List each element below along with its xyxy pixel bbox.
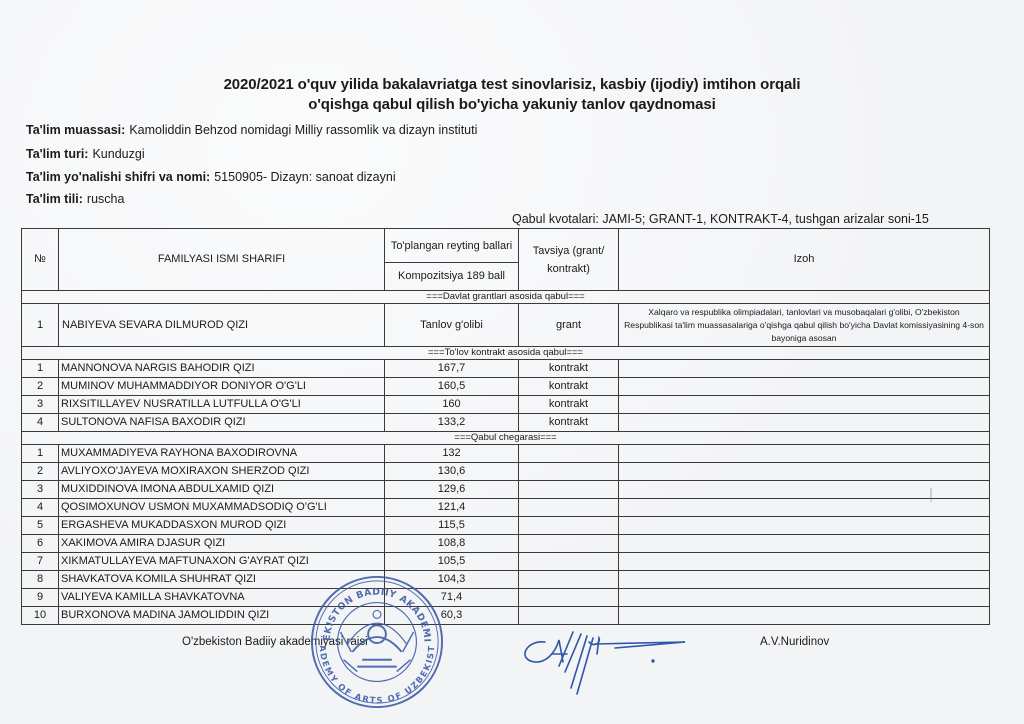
meta-institution: Ta'lim muassasi:Kamoliddin Behzod nomida… (26, 122, 477, 138)
cell-number: 6 (22, 535, 59, 553)
section-divider-row: ===Davlat grantlari asosida qabul=== (22, 291, 990, 304)
meta-label: Ta'lim muassasi: (26, 123, 125, 137)
header-score-subject: Kompozitsiya 189 ball (385, 263, 519, 291)
cell-score: 105,5 (385, 553, 519, 571)
header-no: № (22, 229, 59, 291)
table-row: 10BURXONOVA MADINA JAMOLIDDIN QIZI60,3 (22, 607, 990, 625)
meta-label: Ta'lim turi: (26, 147, 88, 161)
cell-recommendation (519, 553, 619, 571)
cell-full-name: MUXIDDINOVA IMONA ABDULXAMID QIZI (59, 481, 385, 499)
section-divider-row: ===Qabul chegarasi=== (22, 432, 990, 445)
meta-label: Ta'lim tili: (26, 192, 83, 206)
cell-recommendation: kontrakt (519, 414, 619, 432)
cell-recommendation (519, 517, 619, 535)
table-row: 8SHAVKATOVA KOMILA SHUHRAT QIZI104,3 (22, 571, 990, 589)
cell-recommendation (519, 589, 619, 607)
meta-language: Ta'lim tili:ruscha (26, 191, 124, 207)
cell-score: 104,3 (385, 571, 519, 589)
cell-score: 130,6 (385, 463, 519, 481)
cell-recommendation: kontrakt (519, 396, 619, 414)
cell-note (619, 360, 990, 378)
cell-full-name: RIXSITILLAYEV NUSRATILLA LUTFULLA O'G'LI (59, 396, 385, 414)
cell-score: 115,5 (385, 517, 519, 535)
cell-full-name: MANNONOVA NARGIS BAHODIR QIZI (59, 360, 385, 378)
meta-label: Ta'lim yo'nalishi shifri va nomi: (26, 170, 210, 184)
meta-value: Kunduzgi (92, 147, 144, 161)
cell-recommendation (519, 481, 619, 499)
cell-full-name: MUMINOV MUHAMMADDIYOR DONIYOR O'G'LI (59, 378, 385, 396)
cell-full-name: ERGASHEVA MUKADDASXON MUROD QIZI (59, 517, 385, 535)
meta-value: ruscha (87, 192, 125, 206)
document-title-line-2: o'qishga qabul qilish bo'yicha yakuniy t… (0, 95, 1024, 115)
table-row: 4QOSIMOXUNOV USMON MUXAMMADSODIQ O'G'LI1… (22, 499, 990, 517)
cell-note: Xalqaro va respublika olimpiadalari, tan… (619, 304, 990, 347)
cell-number: 4 (22, 499, 59, 517)
section-title: ===Davlat grantlari asosida qabul=== (22, 291, 990, 304)
signature-icon (515, 628, 690, 698)
cell-recommendation (519, 535, 619, 553)
cell-note (619, 378, 990, 396)
cell-full-name: VALIYEVA KAMILLA SHAVKATOVNA (59, 589, 385, 607)
cell-recommendation (519, 499, 619, 517)
admission-results-table: № FAMILYASI ISMI SHARIFI To'plangan reyt… (21, 228, 990, 625)
signatory-title: O'zbekiston Badiiy akademiyasi raisi (182, 636, 368, 648)
cell-number: 10 (22, 607, 59, 625)
cell-score: 60,3 (385, 607, 519, 625)
table-row: 7XIKMATULLAYEVA MAFTUNAXON G'AYRAT QIZI1… (22, 553, 990, 571)
cell-number: 3 (22, 396, 59, 414)
cell-full-name: QOSIMOXUNOV USMON MUXAMMADSODIQ O'G'LI (59, 499, 385, 517)
table-row: 3RIXSITILLAYEV NUSRATILLA LUTFULLA O'G'L… (22, 396, 990, 414)
cell-score: 160,5 (385, 378, 519, 396)
header-recommendation: Tavsiya (grant/ kontrakt) (519, 229, 619, 291)
cell-score: 129,6 (385, 481, 519, 499)
section-divider-row: ===To'lov kontrakt asosida qabul=== (22, 347, 990, 360)
cell-score: 108,8 (385, 535, 519, 553)
signatory-name: A.V.Nuridinov (760, 636, 829, 648)
cell-number: 5 (22, 517, 59, 535)
cell-note (619, 571, 990, 589)
cell-number: 4 (22, 414, 59, 432)
cell-full-name: BURXONOVA MADINA JAMOLIDDIN QIZI (59, 607, 385, 625)
cell-recommendation (519, 463, 619, 481)
cell-full-name: XAKIMOVA AMIRA DJASUR QIZI (59, 535, 385, 553)
cell-note (619, 553, 990, 571)
cell-score: Tanlov g'olibi (385, 304, 519, 347)
cell-note (619, 414, 990, 432)
header-name: FAMILYASI ISMI SHARIFI (59, 229, 385, 291)
cell-note (619, 589, 990, 607)
cell-number: 2 (22, 378, 59, 396)
section-title: ===Qabul chegarasi=== (22, 432, 990, 445)
cell-note (619, 499, 990, 517)
table-row: 9VALIYEVA KAMILLA SHAVKATOVNA71,4 (22, 589, 990, 607)
header-note: Izoh (619, 229, 990, 291)
section-title: ===To'lov kontrakt asosida qabul=== (22, 347, 990, 360)
cell-number: 8 (22, 571, 59, 589)
cell-recommendation (519, 607, 619, 625)
table-row: 2AVLIYOXO'JAYEVA MOXIRAXON SHERZOD QIZI1… (22, 463, 990, 481)
cell-full-name: NABIYEVA SEVARA DILMUROD QIZI (59, 304, 385, 347)
cell-note (619, 481, 990, 499)
cell-note (619, 535, 990, 553)
table-row: 2MUMINOV MUHAMMADDIYOR DONIYOR O'G'LI160… (22, 378, 990, 396)
cell-recommendation (519, 571, 619, 589)
cell-number: 3 (22, 481, 59, 499)
cell-note (619, 517, 990, 535)
table-row: 3MUXIDDINOVA IMONA ABDULXAMID QIZI129,6 (22, 481, 990, 499)
cell-note (619, 463, 990, 481)
table-row: 1NABIYEVA SEVARA DILMUROD QIZITanlov g'o… (22, 304, 990, 347)
cell-note (619, 396, 990, 414)
cell-number: 1 (22, 445, 59, 463)
table-row: 6XAKIMOVA AMIRA DJASUR QIZI108,8 (22, 535, 990, 553)
cell-full-name: AVLIYOXO'JAYEVA MOXIRAXON SHERZOD QIZI (59, 463, 385, 481)
cell-full-name: MUXAMMADIYEVA RAYHONA BAXODIROVNA (59, 445, 385, 463)
table-body: ===Davlat grantlari asosida qabul===1NAB… (22, 291, 990, 625)
scanned-document-page: 2020/2021 o'quv yilida bakalavriatga tes… (0, 0, 1024, 724)
cell-number: 9 (22, 589, 59, 607)
cell-recommendation (519, 445, 619, 463)
admission-quota: Qabul kvotalari: JAMI-5; GRANT-1, KONTRA… (512, 211, 929, 227)
cell-score: 133,2 (385, 414, 519, 432)
cell-note (619, 607, 990, 625)
cell-number: 2 (22, 463, 59, 481)
header-score-group: To'plangan reyting ballari (385, 229, 519, 263)
cell-score: 71,4 (385, 589, 519, 607)
table-row: 5ERGASHEVA MUKADDASXON MUROD QIZI115,5 (22, 517, 990, 535)
cell-full-name: XIKMATULLAYEVA MAFTUNAXON G'AYRAT QIZI (59, 553, 385, 571)
cell-score: 167,7 (385, 360, 519, 378)
cell-recommendation: kontrakt (519, 360, 619, 378)
cell-recommendation: kontrakt (519, 378, 619, 396)
table-row: 4SULTONOVA NAFISA BAXODIR QIZI133,2kontr… (22, 414, 990, 432)
cell-number: 1 (22, 360, 59, 378)
meta-program: Ta'lim yo'nalishi shifri va nomi:5150905… (26, 169, 396, 185)
meta-value: 5150905- Dizayn: sanoat dizayni (214, 170, 395, 184)
meta-study-type: Ta'lim turi:Kunduzgi (26, 146, 145, 162)
cell-full-name: SHAVKATOVA KOMILA SHUHRAT QIZI (59, 571, 385, 589)
table-row: 1MANNONOVA NARGIS BAHODIR QIZI167,7kontr… (22, 360, 990, 378)
cell-recommendation: grant (519, 304, 619, 347)
meta-value: Kamoliddin Behzod nomidagi Milliy rassom… (129, 123, 477, 137)
cell-score: 121,4 (385, 499, 519, 517)
cell-number: 7 (22, 553, 59, 571)
table-row: 1MUXAMMADIYEVA RAYHONA BAXODIROVNA132 (22, 445, 990, 463)
scan-artifact (930, 488, 932, 502)
cell-score: 132 (385, 445, 519, 463)
cell-score: 160 (385, 396, 519, 414)
cell-number: 1 (22, 304, 59, 347)
cell-full-name: SULTONOVA NAFISA BAXODIR QIZI (59, 414, 385, 432)
document-title-line-1: 2020/2021 o'quv yilida bakalavriatga tes… (0, 75, 1024, 95)
cell-note (619, 445, 990, 463)
